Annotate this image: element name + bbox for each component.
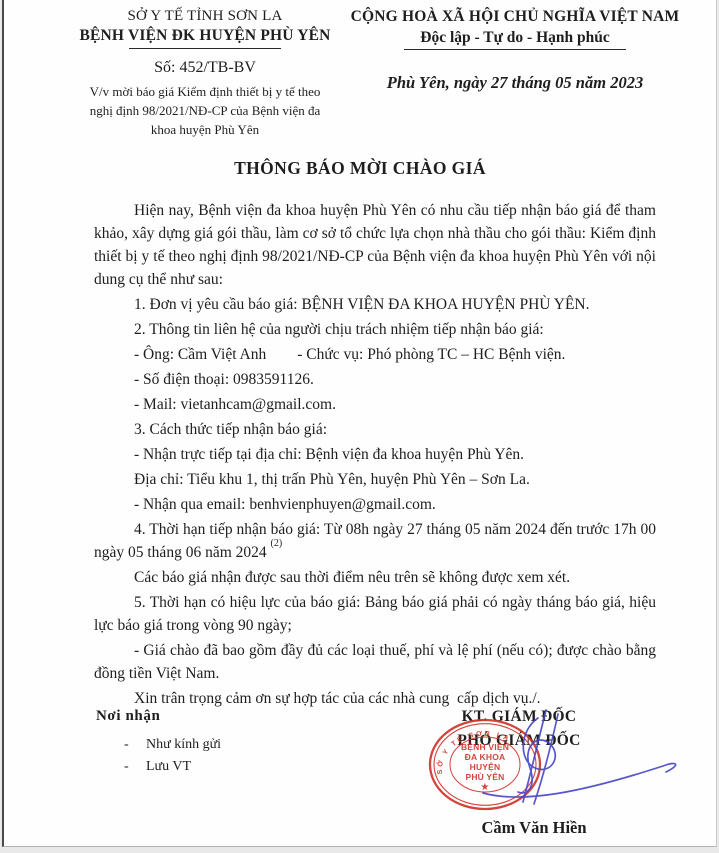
body-paragraph: 3. Cách thức tiếp nhận báo giá:	[94, 418, 656, 441]
body-paragraph: - Nhận qua email: benhvienphuyen@gmail.c…	[94, 493, 656, 516]
body-paragraph: 2. Thông tin liên hệ của người chịu trác…	[94, 318, 656, 341]
document-page: SỞ Y TẾ TỈNH SƠN LA BỆNH VIỆN ĐK HUYỆN P…	[2, 0, 717, 847]
body-paragraph: - Số điện thoại: 0983591126.	[94, 368, 656, 391]
body-paragraph: Địa chỉ: Tiểu khu 1, thị trấn Phù Yên, h…	[94, 468, 656, 491]
document-footer: Nơi nhận -Như kính gửi-Lưu VT KT. GIÁM Đ…	[4, 712, 716, 850]
signature-scribble	[438, 696, 690, 808]
body-paragraph: Các báo giá nhận được sau thời điểm nêu …	[94, 566, 656, 589]
body-paragraph: - Mail: vietanhcam@gmail.com.	[94, 393, 656, 416]
body-paragraph: 5. Thời hạn có hiệu lực của báo giá: Bản…	[94, 591, 656, 637]
national-title: CỘNG HOÀ XÃ HỘI CHỦ NGHĨA VIỆT NAM	[350, 8, 680, 26]
document-subject: V/v mời báo giá Kiểm định thiết bị y tế …	[84, 82, 326, 139]
national-motto: Độc lập - Tự do - Hạnh phúc	[350, 29, 680, 47]
recipients-heading: Nơi nhận	[96, 708, 160, 725]
body-paragraph: - Nhận trực tiếp tại địa chỉ: Bệnh viện …	[94, 443, 656, 466]
header-right-block: CỘNG HOÀ XÃ HỘI CHỦ NGHĨA VIỆT NAM Độc l…	[350, 8, 680, 93]
header-left-block: SỞ Y TẾ TỈNH SƠN LA BỆNH VIỆN ĐK HUYỆN P…	[54, 8, 356, 139]
body-paragraph: 1. Đơn vị yêu cầu báo giá: BỆNH VIỆN ĐA …	[94, 293, 656, 316]
document-scan: { "colors": { "text": "#1e1e1e", "stamp_…	[0, 0, 719, 853]
body-paragraphs: Hiện nay, Bệnh viện đa khoa huyện Phù Yê…	[4, 199, 716, 710]
document-number: Số: 452/TB-BV	[54, 59, 356, 77]
body-paragraph: - Giá chào đã bao gồm đầy đủ các loại th…	[94, 639, 656, 685]
recipient-item: -Lưu VT	[124, 756, 221, 778]
motto-underline	[404, 49, 626, 50]
footnote-marker: (2)	[271, 538, 283, 549]
signer-name: Cầm Văn Hiền	[438, 818, 630, 838]
issuing-department: SỞ Y TẾ TỈNH SƠN LA	[54, 8, 356, 25]
issuing-organization: BỆNH VIỆN ĐK HUYỆN PHÙ YÊN	[54, 27, 356, 45]
body-paragraph: 4. Thời hạn tiếp nhận báo giá: Từ 08h ng…	[94, 518, 656, 564]
document-header: SỞ Y TẾ TỈNH SƠN LA BỆNH VIỆN ĐK HUYỆN P…	[4, 0, 716, 142]
place-and-date: Phù Yên, ngày 27 tháng 05 năm 2023	[350, 73, 680, 93]
document-title: THÔNG BÁO MỜI CHÀO GIÁ	[4, 158, 716, 179]
recipients-list: -Như kính gửi-Lưu VT	[124, 734, 221, 778]
body-paragraph: Hiện nay, Bệnh viện đa khoa huyện Phù Yê…	[94, 199, 656, 291]
recipient-item: -Như kính gửi	[124, 734, 221, 756]
body-paragraph: - Ông: Cầm Việt Anh - Chức vụ: Phó phòng…	[94, 343, 656, 366]
org-underline	[129, 48, 281, 49]
